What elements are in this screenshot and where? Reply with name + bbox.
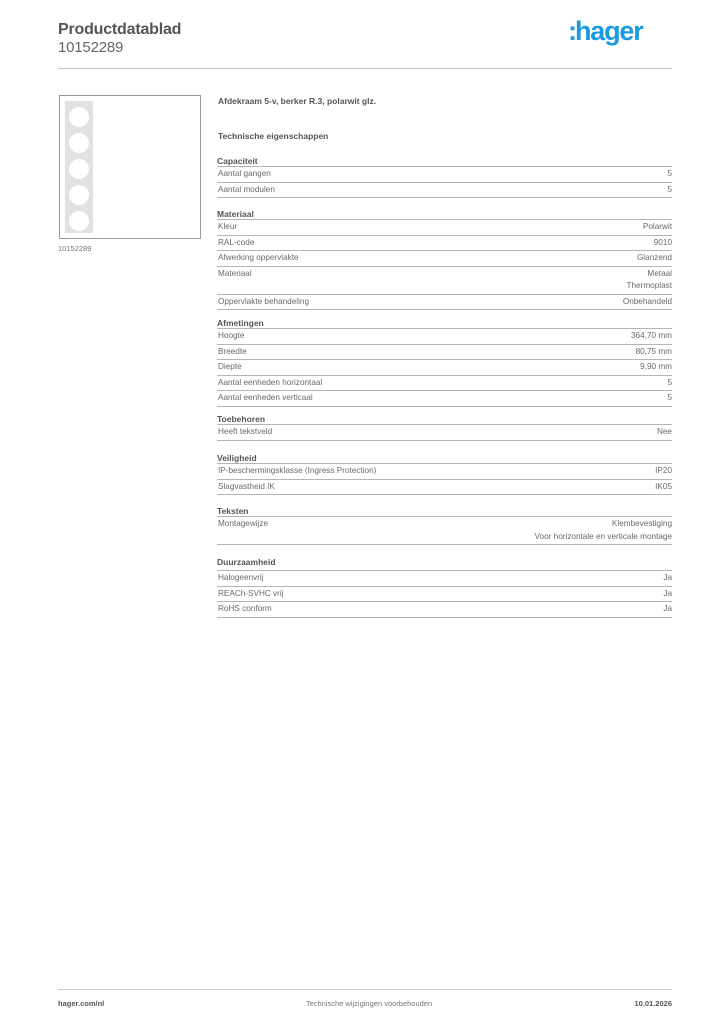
document-title: Productdatablad (58, 21, 181, 39)
spec-row: Slagvastheid IKIK05 (217, 480, 672, 496)
spec-row: IP-beschermingsklasse (Ingress Protectio… (217, 464, 672, 480)
spec-value: MetaalThermoplast (626, 268, 672, 293)
hager-logo: :hager (568, 16, 643, 47)
spec-section-capaciteit: CapaciteitAantal gangen5Aantal modulen5 (217, 155, 672, 198)
spec-label: Montagewijze (218, 518, 268, 543)
spec-row: Aantal gangen5 (217, 167, 672, 183)
spec-row: Heeft tekstveldNee (217, 425, 672, 441)
spec-label: Oppervlakte behandeling (218, 296, 309, 309)
spec-label: RAL-code (218, 237, 254, 250)
section-title: Duurzaamheid (217, 556, 672, 571)
spec-row: MontagewijzeKlembevestigingVoor horizont… (217, 517, 672, 545)
header-divider (58, 68, 672, 69)
spec-label: Diepte (218, 361, 242, 374)
spec-section-toebehoren: ToebehorenHeeft tekstveldNee (217, 413, 672, 441)
spec-value: IK05 (655, 481, 672, 494)
spec-row: Hoogte364,70 mm (217, 329, 672, 345)
spec-row: Breedte80,75 mm (217, 345, 672, 361)
spec-value: Ja (663, 572, 672, 585)
spec-row: Diepte9,90 mm (217, 360, 672, 376)
spec-section-veiligheid: VeiligheidIP-beschermingsklasse (Ingress… (217, 452, 672, 495)
spec-section-materiaal: MateriaalKleurPolarwitRAL-code9010Afwerk… (217, 208, 672, 310)
spec-label: Aantal modulen (218, 184, 275, 197)
spec-row: Afwerking oppervlakteGlanzend (217, 251, 672, 267)
spec-row: REACh-SVHC vrijJa (217, 587, 672, 603)
spec-value: Nee (657, 426, 672, 439)
spec-value: 5 (667, 392, 672, 405)
spec-value: Glanzend (637, 252, 672, 265)
technical-properties-heading: Technische eigenschappen (218, 131, 328, 141)
product-code: 10152289 (58, 39, 123, 56)
spec-row: RoHS conformJa (217, 602, 672, 618)
spec-value: Onbehandeld (623, 296, 672, 309)
spec-value: 9010 (654, 237, 672, 250)
spec-label: Aantal gangen (218, 168, 271, 181)
product-image-caption: 10152289 (58, 244, 91, 253)
footer-divider (58, 989, 672, 990)
section-title: Capaciteit (217, 155, 672, 167)
spec-value: Ja (663, 603, 672, 616)
switch-opening (69, 185, 89, 205)
footer-date: 10.01.2026 (634, 999, 672, 1008)
spec-row: Aantal modulen5 (217, 183, 672, 199)
spec-section-duurzaamheid: DuurzaamheidHalogeenvrijJaREACh-SVHC vri… (217, 556, 672, 618)
product-image (59, 95, 201, 239)
spec-value: Polarwit (643, 221, 672, 234)
spec-row: Aantal eenheden horizontaal5 (217, 376, 672, 392)
switch-opening (69, 211, 89, 231)
spec-label: Kleur (218, 221, 237, 234)
spec-label: Hoogte (218, 330, 244, 343)
product-name: Afdekraam 5-v, berker R.3, polarwit glz. (218, 96, 376, 106)
switch-opening (69, 159, 89, 179)
spec-label: Materiaal (218, 268, 252, 293)
cover-frame-graphic (65, 101, 93, 233)
spec-row: Aantal eenheden verticaal5 (217, 391, 672, 407)
spec-section-teksten: TekstenMontagewijzeKlembevestigingVoor h… (217, 505, 672, 545)
spec-label: Breedte (218, 346, 247, 359)
switch-opening (69, 133, 89, 153)
spec-label: RoHS conform (218, 603, 272, 616)
section-title: Veiligheid (217, 452, 672, 464)
spec-row: HalogeenvrijJa (217, 571, 672, 587)
spec-label: Halogeenvrij (218, 572, 264, 585)
spec-value: 5 (667, 184, 672, 197)
spec-label: Slagvastheid IK (218, 481, 275, 494)
spec-value: IP20 (655, 465, 672, 478)
spec-value: Ja (663, 588, 672, 601)
spec-value: 9,90 mm (640, 361, 672, 374)
spec-row: KleurPolarwit (217, 220, 672, 236)
section-title: Materiaal (217, 208, 672, 220)
spec-label: Afwerking oppervlakte (218, 252, 299, 265)
footer-disclaimer: Technische wijzigingen voorbehouden (0, 999, 724, 1008)
spec-label: Aantal eenheden horizontaal (218, 377, 322, 390)
section-title: Teksten (217, 505, 672, 517)
spec-section-afmetingen: AfmetingenHoogte364,70 mmBreedte80,75 mm… (217, 317, 672, 407)
spec-row: RAL-code9010 (217, 236, 672, 252)
spec-row: Oppervlakte behandelingOnbehandeld (217, 295, 672, 311)
switch-opening (69, 107, 89, 127)
spec-value: 5 (667, 168, 672, 181)
spec-row: MateriaalMetaalThermoplast (217, 267, 672, 295)
spec-label: REACh-SVHC vrij (218, 588, 284, 601)
spec-label: IP-beschermingsklasse (Ingress Protectio… (218, 465, 376, 478)
spec-value: KlembevestigingVoor horizontale en verti… (535, 518, 672, 543)
spec-label: Heeft tekstveld (218, 426, 272, 439)
section-title: Toebehoren (217, 413, 672, 425)
spec-value: 80,75 mm (636, 346, 672, 359)
section-title: Afmetingen (217, 317, 672, 329)
spec-value: 5 (667, 377, 672, 390)
spec-label: Aantal eenheden verticaal (218, 392, 313, 405)
spec-value: 364,70 mm (631, 330, 672, 343)
